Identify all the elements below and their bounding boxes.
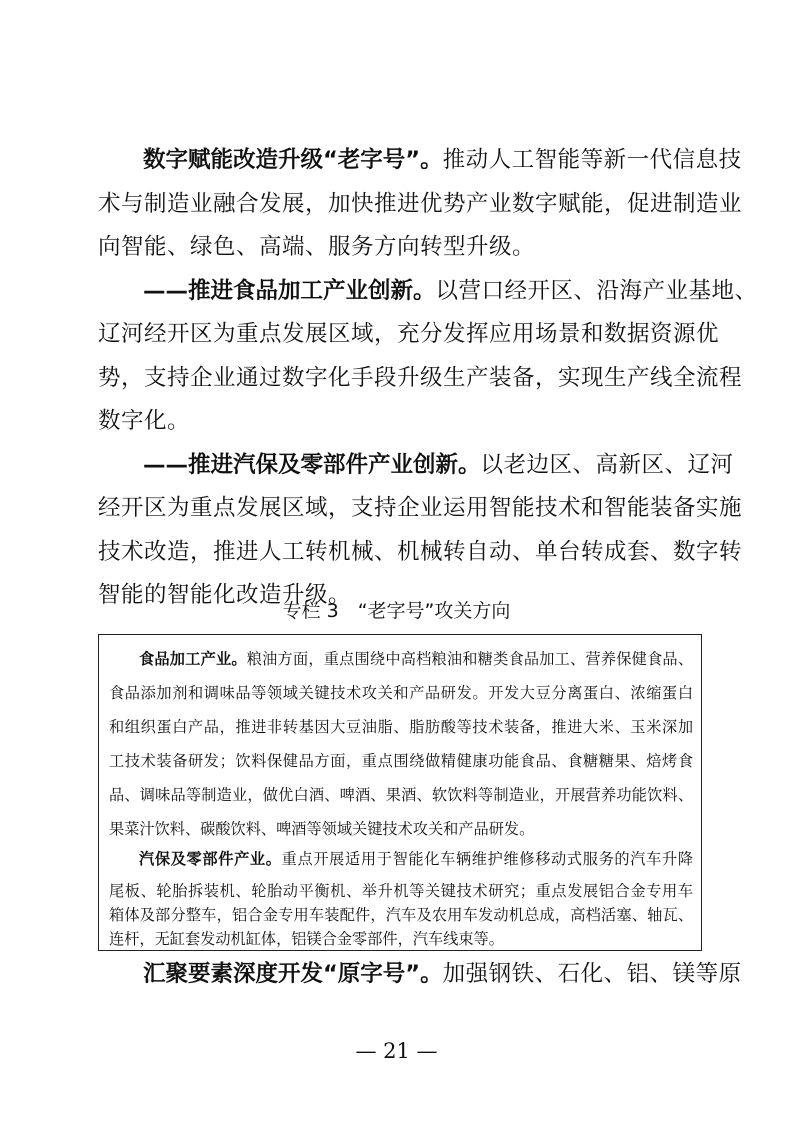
sidebar-box: 食品加工产业。粮油方面，重点围绕中高档粮油和糖类食品加工、营养保健食品、 食品添… <box>98 634 702 951</box>
para4-heading: 汇聚要素深度开发“原字号”。 <box>143 961 443 987</box>
box-item1-line3: 和组织蛋白产品，推进非转基因大豆油脂、脂肪酸等技术装备，推进大米、玉米深加 <box>109 717 693 737</box>
box-item1-line5: 品、调味品等制造业，做优白酒、啤酒、果酒、软饮料等制造业，开展营养功能饮料、 <box>109 785 693 805</box>
para3-line2: 经开区为重点发展区域，支持企业运用智能技术和智能装备实施 <box>98 494 702 522</box>
box-item1-line1: 食品加工产业。粮油方面，重点围绕中高档粮油和糖类食品加工、营养保健食品、 <box>109 649 693 669</box>
para3-line1: ——推进汽保及零部件产业创新。以老边区、高新区、辽河 <box>98 451 702 479</box>
sidebar-box-title: 专栏 3 “老字号”攻关方向 <box>0 598 793 624</box>
box-item1-line6: 果菜汁饮料、碳酸饮料、啤酒等领域关键技术攻关和产品研发。 <box>109 819 693 839</box>
para2-line4: 数字化。 <box>98 407 702 435</box>
box-item1-text: 粮油方面，重点围绕中高档粮油和糖类食品加工、营养保健食品、 <box>247 650 693 668</box>
box-item1-line4: 工技术装备研发；饮料保健品方面，重点围绕做精健康功能食品、食糖糖果、焙烤食 <box>109 751 693 771</box>
box-item2-heading: 汽保及零部件产业。 <box>139 850 282 868</box>
box-item2-line2: 尾板、轮胎拆装机、轮胎动平衡机、举升机等关键技术研究；重点发展铝合金专用车 <box>109 881 693 901</box>
para2-text: 以营口经开区、沿海产业基地、 <box>436 278 758 304</box>
para2-line2: 辽河经开区为重点发展区域，充分发挥应用场景和数据资源优 <box>98 320 702 348</box>
page-number: — 21 — <box>0 1038 793 1064</box>
para3-line3: 技术改造，推进人工转机械、机械转自动、单台转成套、数字转 <box>98 538 702 566</box>
para1-line1: 数字赋能改造升级“老字号”。推动人工智能等新一代信息技 <box>98 146 702 174</box>
para3-heading: ——推进汽保及零部件产业创新。 <box>143 452 481 478</box>
para1-line3: 向智能、绿色、高端、服务方向转型升级。 <box>98 233 702 261</box>
para1-heading: 数字赋能改造升级“老字号”。 <box>143 147 443 173</box>
box-item2-text: 重点开展适用于智能化车辆维护维修移动式服务的汽车升降 <box>282 850 693 868</box>
para2-line1: ——推进食品加工产业创新。以营口经开区、沿海产业基地、 <box>98 277 702 305</box>
para3-text: 以老边区、高新区、辽河 <box>481 452 734 478</box>
para4-line1: 汇聚要素深度开发“原字号”。加强钢铁、石化、铝、镁等原 <box>98 960 702 988</box>
para1-line2: 术与制造业融合发展，加快推进优势产业数字赋能，促进制造业 <box>98 190 702 218</box>
box-item2-line1: 汽保及零部件产业。重点开展适用于智能化车辆维护维修移动式服务的汽车升降 <box>109 849 693 869</box>
box-item1-heading: 食品加工产业。 <box>139 650 247 668</box>
box-item2-line3: 箱体及部分整车，铝合金专用车装配件，汽车及农用车发动机总成，高档活塞、轴瓦、 <box>109 905 693 925</box>
para1-text: 推动人工智能等新一代信息技 <box>443 147 742 173</box>
box-item2-line4: 连杆，无缸套发动机缸体，铝镁合金零部件，汽车线束等。 <box>109 929 693 949</box>
box-item1-line2: 食品添加剂和调味品等领域关键技术攻关和产品研发。开发大豆分离蛋白、浓缩蛋白 <box>109 683 693 703</box>
para4-text: 加强钢铁、石化、铝、镁等原 <box>443 961 742 987</box>
para2-heading: ——推进食品加工产业创新。 <box>143 278 436 304</box>
para2-line3: 势，支持企业通过数字化手段升级生产装备，实现生产线全流程 <box>98 364 702 392</box>
